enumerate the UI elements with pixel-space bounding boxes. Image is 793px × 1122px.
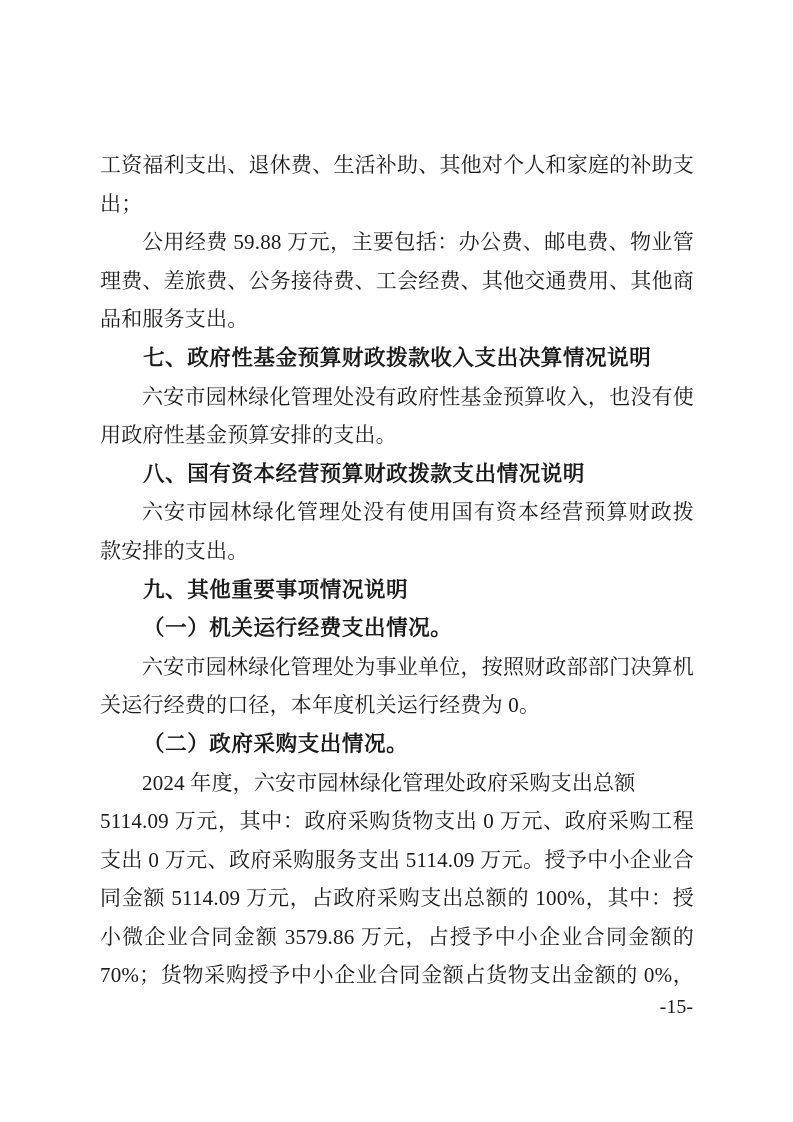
text-line: 小微企业合同金额 3579.86 万元，占授予中小企业合同金额的 bbox=[100, 918, 694, 957]
text-line: 5114.09 万元，其中：政府采购货物支出 0 万元、政府采购工程 bbox=[100, 802, 694, 841]
text-line: 出； bbox=[100, 185, 694, 224]
text-line: 六安市园林绿化管理处为事业单位，按照财政部部门决算机 bbox=[100, 648, 694, 687]
text-line: 六安市园林绿化管理处没有政府性基金预算收入，也没有使 bbox=[100, 378, 694, 417]
text-line: 同金额 5114.09 万元，占政府采购支出总额的 100%，其中：授予 bbox=[100, 879, 694, 918]
text-line: 款安排的支出。 bbox=[100, 532, 694, 571]
text-line: 用政府性基金预算安排的支出。 bbox=[100, 416, 694, 455]
section-heading: 九、其他重要事项情况说明 bbox=[100, 571, 694, 610]
text-line: 2024 年度，六安市园林绿化管理处政府采购支出总额 bbox=[100, 764, 694, 803]
text-line: 支出 0 万元、政府采购服务支出 5114.09 万元。授予中小企业合 bbox=[100, 841, 694, 880]
text-line: 工资福利支出、退休费、生活补助、其他对个人和家庭的补助支 bbox=[100, 146, 694, 185]
text-line: 关运行经费的口径，本年度机关运行经费为 0。 bbox=[100, 686, 694, 725]
text-line: 公用经费 59.88 万元，主要包括：办公费、邮电费、物业管 bbox=[100, 223, 694, 262]
text-line: 70%；货物采购授予中小企业合同金额占货物支出金额的 0%，工 bbox=[100, 956, 694, 995]
text-line: 六安市园林绿化管理处没有使用国有资本经营预算财政拨 bbox=[100, 493, 694, 532]
text-line: 品和服务支出。 bbox=[100, 300, 694, 339]
section-heading: 八、国有资本经营预算财政拨款支出情况说明 bbox=[100, 455, 694, 494]
page-number: -15- bbox=[660, 993, 693, 1021]
section-heading: （一）机关运行经费支出情况。 bbox=[100, 609, 694, 648]
document-body: 工资福利支出、退休费、生活补助、其他对个人和家庭的补助支 出； 公用经费 59.… bbox=[100, 146, 694, 995]
document-page: 工资福利支出、退休费、生活补助、其他对个人和家庭的补助支 出； 公用经费 59.… bbox=[0, 0, 793, 1122]
text-line: 理费、差旅费、公务接待费、工会经费、其他交通费用、其他商 bbox=[100, 262, 694, 301]
section-heading: （二）政府采购支出情况。 bbox=[100, 725, 694, 764]
section-heading: 七、政府性基金预算财政拨款收入支出决算情况说明 bbox=[100, 339, 694, 378]
